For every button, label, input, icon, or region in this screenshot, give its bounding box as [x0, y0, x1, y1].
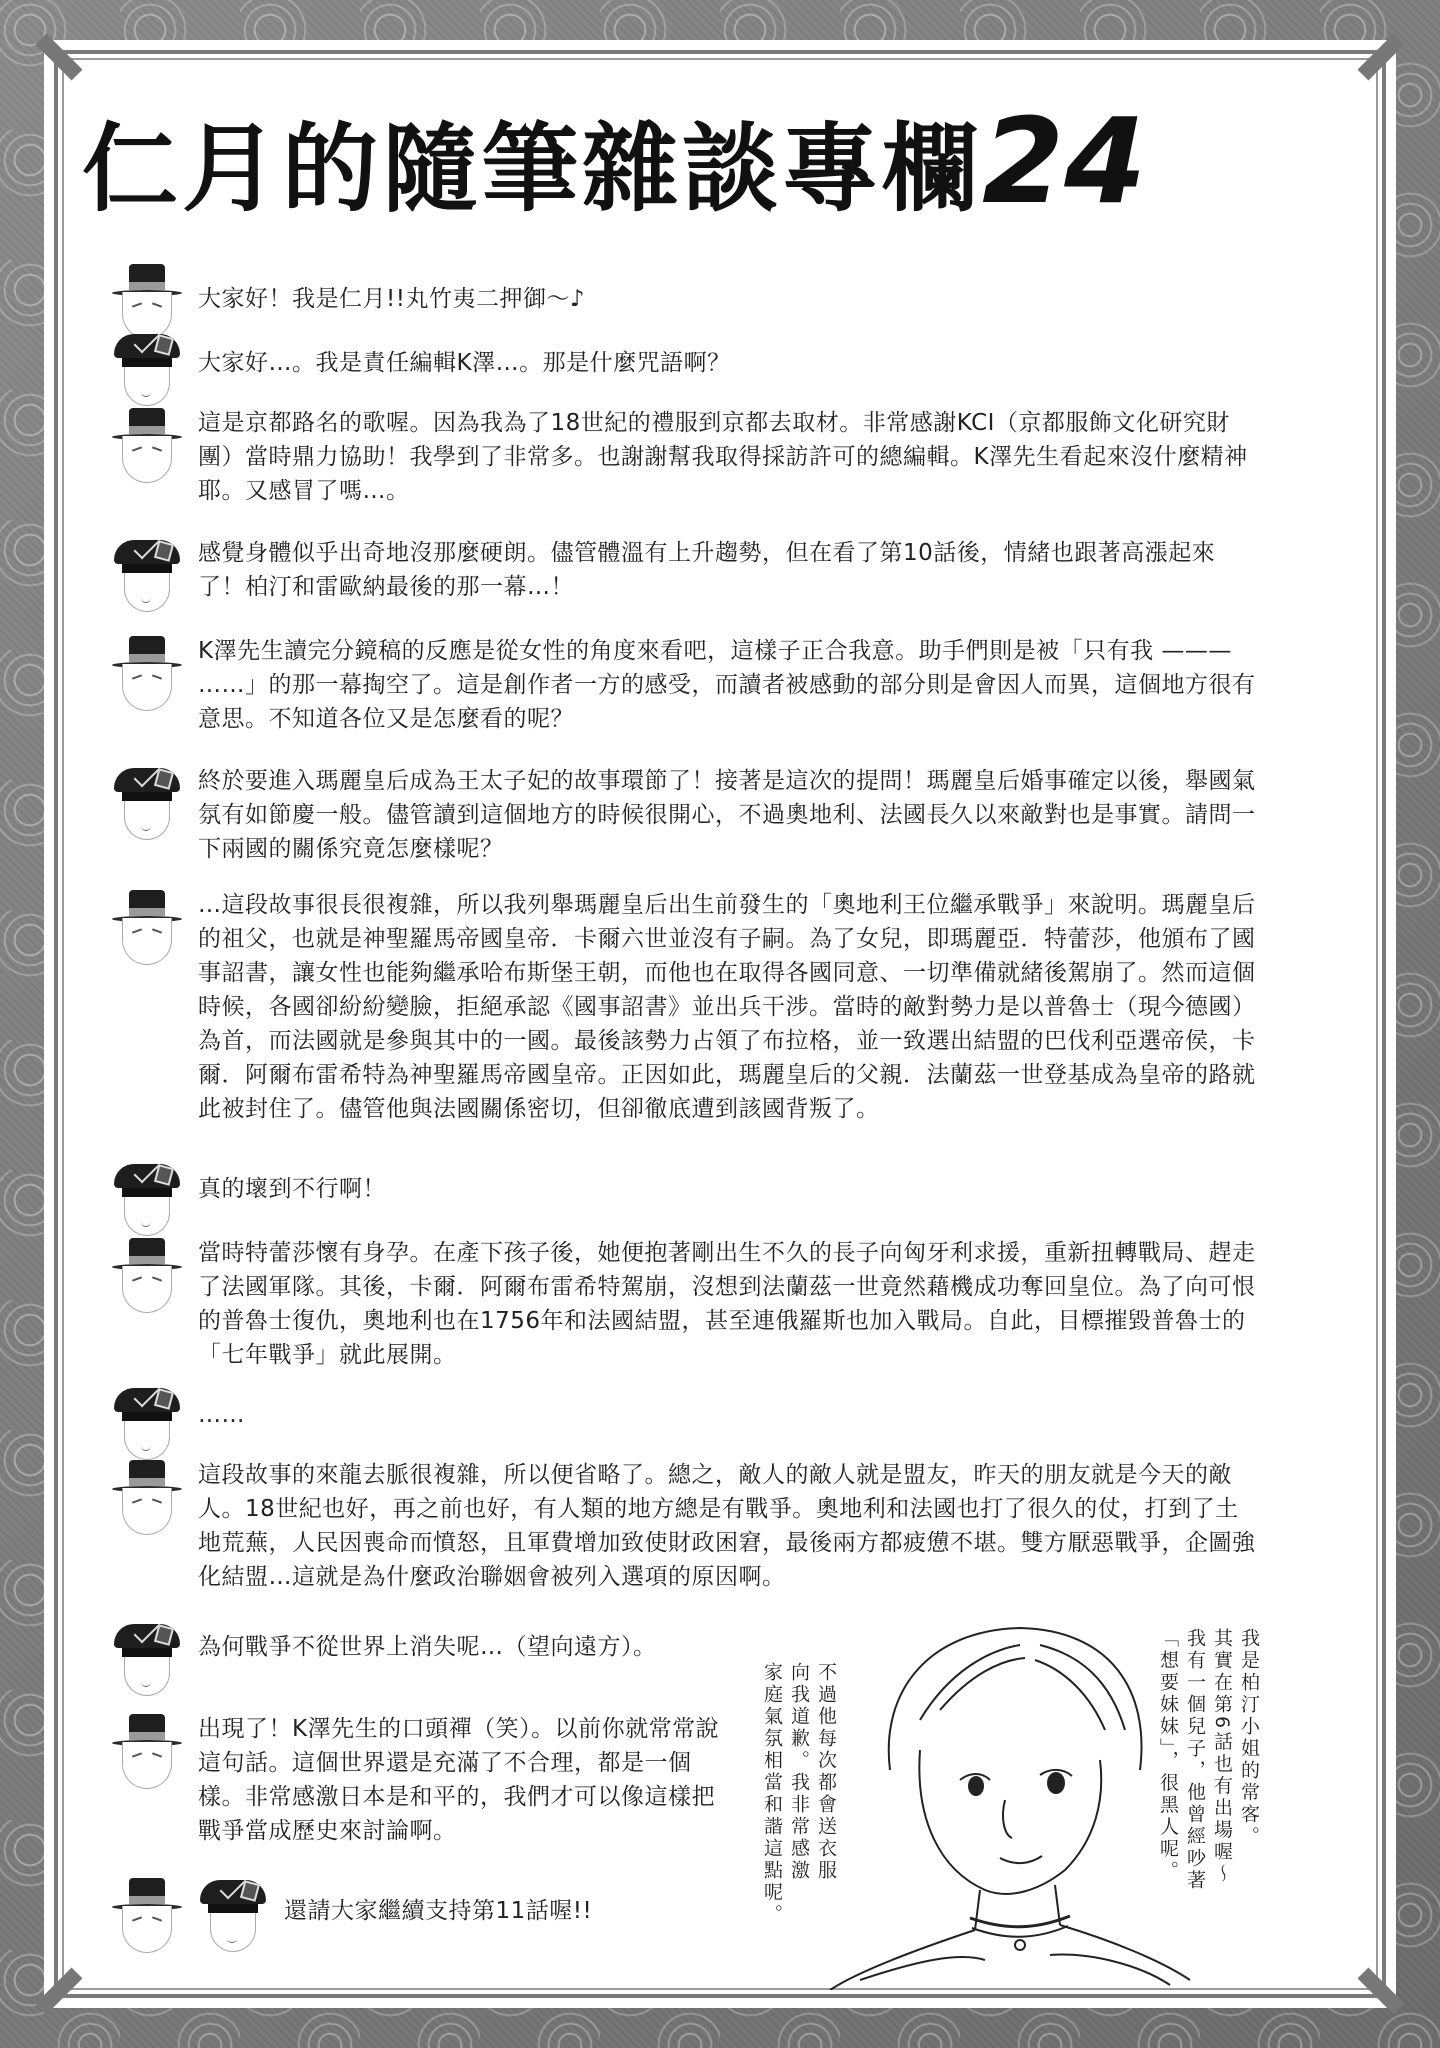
dialogue-entry: 這段故事的來龍去脈很複雜，所以便省略了。總之，敵人的敵人就是盟友，昨天的朋友就是…	[110, 1458, 1258, 1594]
caption-line: 不過他每次都會送衣服	[812, 1662, 839, 1952]
dialogue-entry: 真的壞到不行啊！	[110, 1160, 1258, 1240]
title-number: 24	[982, 92, 1146, 230]
avatar-jingetsu	[110, 1458, 184, 1538]
speech-text: 大家好！我是仁月!!丸竹夷二押御～♪	[198, 262, 1258, 316]
dialogue-entry: 終於要進入瑪麗皇后成為王太子妃的故事環節了！接著是這次的提問！瑪麗皇后婚事確定以…	[110, 764, 1258, 866]
military-cap-avatar-icon	[110, 536, 184, 616]
dialogue-entry: 感覺身體似乎出奇地沒那麼硬朗。儘管體溫有上升趨勢，但在看了第10話後，情緒也跟著…	[110, 536, 1258, 616]
speech-text: ……	[198, 1384, 1258, 1432]
caption-line: 向我道歉。我非常感激	[785, 1662, 812, 1952]
avatar-jingetsu	[110, 888, 184, 968]
speech-text: 感覺身體似乎出奇地沒那麼硬朗。儘管體溫有上升趨勢，但在看了第10話後，情緒也跟著…	[198, 536, 1258, 604]
avatar-jingetsu	[110, 1236, 184, 1316]
speech-text: 當時特蕾莎懷有身孕。在產下孩子後，她便抱著剛出生不久的長子向匈牙利求援，重新扭轉…	[198, 1236, 1258, 1372]
top-hat-avatar-icon	[110, 1236, 184, 1316]
military-cap-avatar-icon	[110, 1620, 184, 1700]
caption-line: 家庭氣氛相當和諧這點呢。	[758, 1662, 785, 1952]
caption-line: 我是柏汀小姐的常客。	[1235, 1628, 1262, 1928]
top-hat-avatar-icon	[110, 1458, 184, 1538]
military-cap-avatar-icon	[110, 1384, 184, 1464]
top-hat-avatar-icon	[110, 1712, 184, 1792]
dialogue-entry: K澤先生讀完分鏡稿的反應是從女性的角度來看吧，這樣子正合我意。助手們則是被「只有…	[110, 634, 1258, 736]
caption-line: 其實在第6話也有出場喔～	[1208, 1628, 1235, 1928]
avatar-jingetsu	[110, 1712, 184, 1792]
speech-text: …這段故事很長很複雜，所以我列舉瑪麗皇后出生前發生的「奧地利王位繼承戰爭」來說明…	[198, 888, 1258, 1126]
dialogue-entry: 這是京都路名的歌喔。因為我為了18世紀的禮服到京都去取材。非常感謝KCI（京都服…	[110, 406, 1258, 508]
speech-text: 為何戰爭不從世界上消失呢…（望向遠方）。	[198, 1620, 738, 1664]
military-cap-avatar-icon	[196, 1876, 270, 1956]
speech-text: K澤先生讀完分鏡稿的反應是從女性的角度來看吧，這樣子正合我意。助手們則是被「只有…	[198, 634, 1258, 736]
caption-line: 「想要妹妹」，很黑人呢。	[1154, 1628, 1181, 1928]
speech-text: 出現了！K澤先生的口頭禪（笑）。以前你就常常說這句話。這個世界還是充滿了不合理，…	[198, 1712, 738, 1848]
dialogue-entry: 大家好…。我是責任編輯K澤…。那是什麼咒語啊？	[110, 330, 1258, 410]
dialogue-entry: 當時特蕾莎懷有身孕。在產下孩子後，她便抱著剛出生不久的長子向匈牙利求援，重新扭轉…	[110, 1236, 1258, 1372]
page-title: 仁月的隨筆雜談專欄24	[82, 96, 1272, 226]
avatar-k-sawa	[110, 1620, 184, 1700]
avatar-k-sawa	[110, 764, 184, 844]
avatar-pair	[110, 1876, 270, 1956]
portrait-caption-right: 我是柏汀小姐的常客。 其實在第6話也有出場喔～ 我有一個兒子，他曾經吵著 「想要…	[1154, 1628, 1262, 1928]
top-hat-avatar-icon	[110, 406, 184, 486]
avatar-k-sawa	[110, 330, 184, 410]
dialogue-entry: 出現了！K澤先生的口頭禪（笑）。以前你就常常說這句話。這個世界還是充滿了不合理，…	[110, 1712, 738, 1848]
speech-text: 這段故事的來龍去脈很複雜，所以便省略了。總之，敵人的敵人就是盟友，昨天的朋友就是…	[198, 1458, 1258, 1594]
avatar-jingetsu	[110, 634, 184, 714]
avatar-jingetsu	[110, 406, 184, 486]
title-text: 仁月的隨筆雜談專欄	[82, 113, 982, 225]
military-cap-avatar-icon	[110, 764, 184, 844]
speech-text: 真的壞到不行啊！	[198, 1160, 1258, 1206]
avatar-k-sawa	[110, 1384, 184, 1464]
avatar-k-sawa	[110, 1160, 184, 1240]
avatar-k-sawa	[110, 536, 184, 616]
dialogue-entry: 為何戰爭不從世界上消失呢…（望向遠方）。	[110, 1620, 738, 1700]
speech-text: 終於要進入瑪麗皇后成為王太子妃的故事環節了！接著是這次的提問！瑪麗皇后婚事確定以…	[198, 764, 1258, 866]
military-cap-avatar-icon	[110, 330, 184, 410]
caption-line: 我有一個兒子，他曾經吵著	[1181, 1628, 1208, 1928]
top-hat-avatar-icon	[110, 888, 184, 968]
military-cap-avatar-icon	[110, 1160, 184, 1240]
top-hat-avatar-icon	[110, 1876, 184, 1956]
dialogue-entry: 還請大家繼續支持第11話喔!!	[110, 1876, 784, 1956]
dialogue-entry: …這段故事很長很複雜，所以我列舉瑪麗皇后出生前發生的「奧地利王位繼承戰爭」來說明…	[110, 888, 1258, 1126]
speech-text: 還請大家繼續支持第11話喔!!	[284, 1876, 784, 1928]
speech-text: 大家好…。我是責任編輯K澤…。那是什麼咒語啊？	[198, 330, 1258, 380]
top-hat-avatar-icon	[110, 634, 184, 714]
dialogue-entry: ……	[110, 1384, 1258, 1464]
speech-text: 這是京都路名的歌喔。因為我為了18世紀的禮服到京都去取材。非常感謝KCI（京都服…	[198, 406, 1258, 508]
portrait-caption-left: 不過他每次都會送衣服 向我道歉。我非常感激 家庭氣氛相當和諧這點呢。	[758, 1662, 839, 1952]
